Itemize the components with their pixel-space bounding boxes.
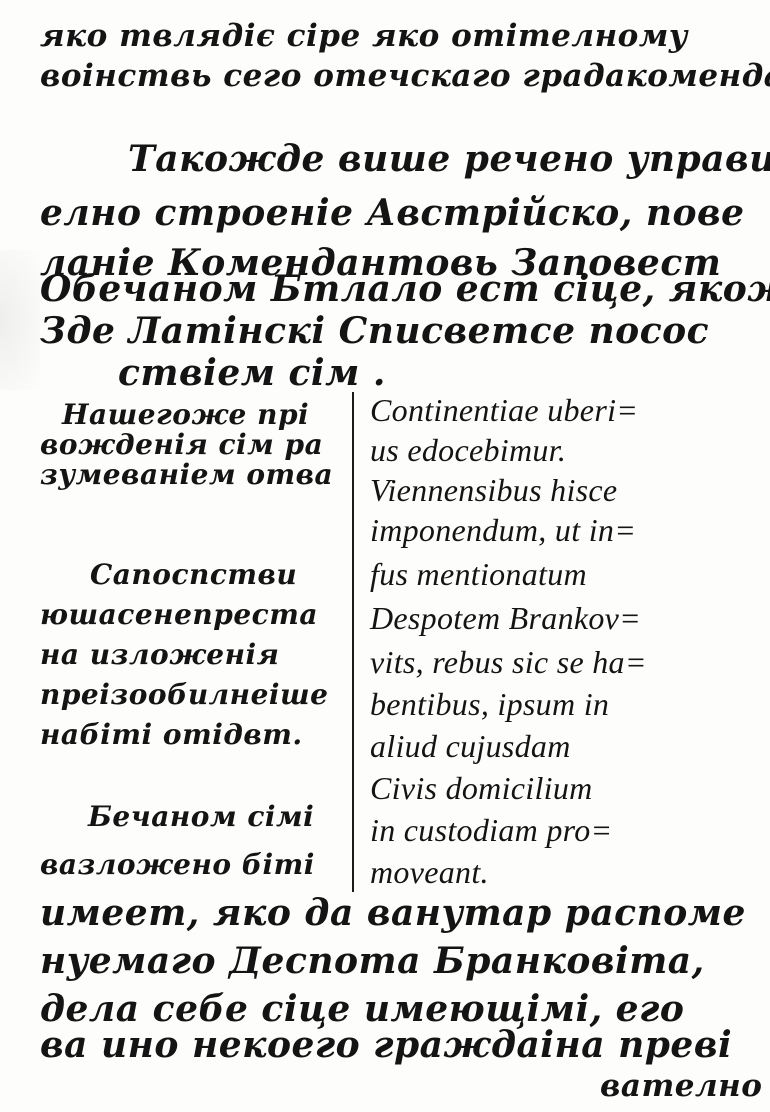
opening-line-1: яко твлядіє сіре яко отітелному — [40, 18, 688, 54]
paragraph-2-line-2: нуемаго Деспота Бранковіта, — [40, 940, 705, 982]
paragraph-1-line-1: Такожде вишe речено управит — [128, 138, 770, 180]
latin-column-line-8: bentibus, ipsum in — [370, 686, 609, 723]
latin-column-line-5: fus mentionatum — [370, 556, 587, 593]
cyrillic-column-line-5: Сапоспстви — [90, 558, 297, 591]
latin-column-line-12: moveant. — [370, 854, 489, 891]
latin-column-line-10: Civis domicilium — [370, 770, 593, 807]
cyrillic-column-line-6: юшасенепреста — [40, 598, 318, 631]
paragraph-1-line-6: ствіем сім . — [118, 352, 386, 394]
manuscript-page: яко твлядіє сіре яко отітелному воінствь… — [0, 0, 770, 1112]
cyrillic-column-line-12: вазложено біті — [40, 848, 315, 881]
opening-line-2: воінствь сего отечскаго градакоменда. — [40, 58, 770, 94]
paragraph-2-line-4: ва ино некоего граждаіна преві — [40, 1024, 732, 1066]
paper-smudge — [0, 250, 40, 390]
latin-column-line-2: us edocebimur. — [370, 432, 566, 469]
latin-column-line-7: vits, rebus sic se ha= — [370, 644, 647, 681]
catchword: вателно — [600, 1068, 762, 1104]
latin-column-line-11: in custodiam pro= — [370, 812, 612, 849]
cyrillic-column-line-11: Бечаном сімі — [88, 800, 314, 833]
latin-column-line-9: aliud cujusdam — [370, 728, 571, 765]
cyrillic-column-line-7: на изложенія — [40, 638, 279, 671]
latin-column-line-4: imponendum, ut in= — [370, 512, 636, 549]
paragraph-1-line-2: елно строеніе Австрійско, повe — [40, 192, 745, 234]
latin-column-line-1: Continentiae uberi= — [370, 392, 638, 429]
paragraph-1-line-5: Зде Латінскі Списвeтсe посос — [40, 310, 709, 352]
cyrillic-column-line-3: зумеваніем отва — [40, 458, 333, 491]
latin-column-line-6: Despotem Brankov= — [370, 600, 641, 637]
paragraph-2-line-1: имеет, яко да ванутар распоме — [40, 892, 746, 934]
paragraph-1-line-4: Обечаном Бтлало ест сіце, якожe — [40, 268, 770, 310]
latin-column-line-3: Viennensibus hisce — [370, 472, 617, 509]
cyrillic-column-line-1: Нашегожe прі — [62, 398, 309, 431]
cyrillic-column-line-8: преізообилнеіше — [40, 678, 328, 711]
cyrillic-column-line-2: вожденія сім ра — [40, 428, 323, 461]
cyrillic-column-line-9: набіті отідвт. — [40, 718, 303, 751]
column-divider — [352, 392, 354, 892]
